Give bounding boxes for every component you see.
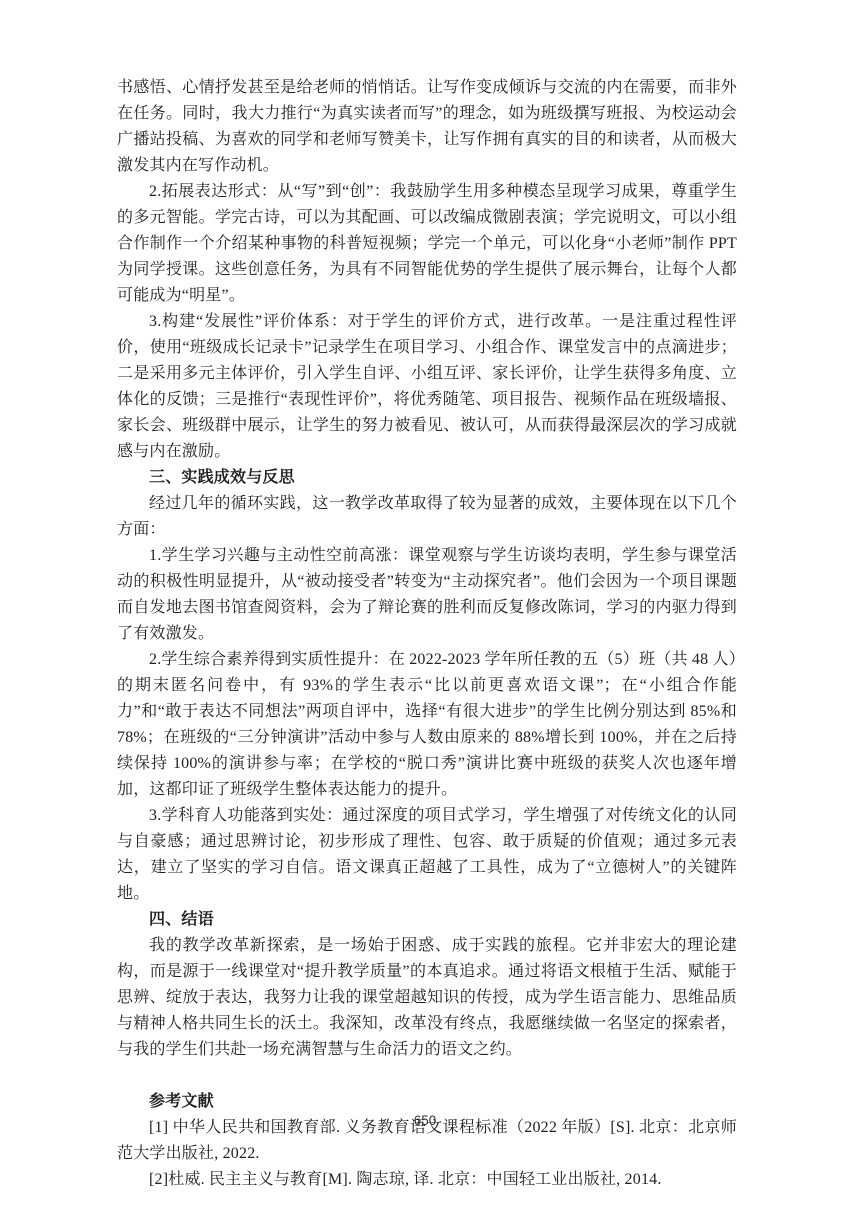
section-heading-practice-results: 三、实践成效与反思 — [117, 465, 737, 491]
paragraph-conclusion: 我的教学改革新探索，是一场始于困惑、成于实践的旅程。它并非宏大的理论建构，而是源… — [117, 933, 737, 1063]
reference-item-2: [2]杜威. 民主主义与教育[M]. 陶志琼, 译. 北京：中国轻工业出版社, … — [117, 1167, 737, 1193]
paragraph-results-intro: 经过几年的循环实践，这一教学改革取得了较为显著的成效，主要体现在以下几个方面： — [117, 491, 737, 543]
paragraph-expand-expression: 2.拓展表达形式：从“写”到“创”：我鼓励学生用多种模态呈现学习成果，尊重学生的… — [117, 179, 737, 309]
document-page: 书感悟、心情抒发甚至是给老师的悄悄话。让写作变成倾诉与交流的内在需要，而非外在任… — [0, 0, 850, 1205]
paragraph-evaluation-system: 3.构建“发展性”评价体系：对于学生的评价方式，进行改革。一是注重过程性评价，使… — [117, 309, 737, 465]
page-body: 书感悟、心情抒发甚至是给老师的悄悄话。让写作变成倾诉与交流的内在需要，而非外在任… — [117, 75, 737, 1193]
page-number: 650 — [414, 1113, 437, 1128]
paragraph-result-competence: 2.学生综合素养得到实质性提升：在 2022-2023 学年所任教的五（5）班（… — [117, 647, 737, 803]
paragraph-result-moral-education: 3.学科育人功能落到实处：通过深度的项目式学习，学生增强了对传统文化的认同与自豪… — [117, 803, 737, 907]
paragraph-continued: 书感悟、心情抒发甚至是给老师的悄悄话。让写作变成倾诉与交流的内在需要，而非外在任… — [117, 75, 737, 179]
paragraph-result-interest: 1.学生学习兴趣与主动性空前高涨：课堂观察与学生访谈均表明，学生参与课堂活动的积… — [117, 543, 737, 647]
page-footer: 650 — [0, 1112, 850, 1130]
section-heading-conclusion: 四、结语 — [117, 907, 737, 933]
